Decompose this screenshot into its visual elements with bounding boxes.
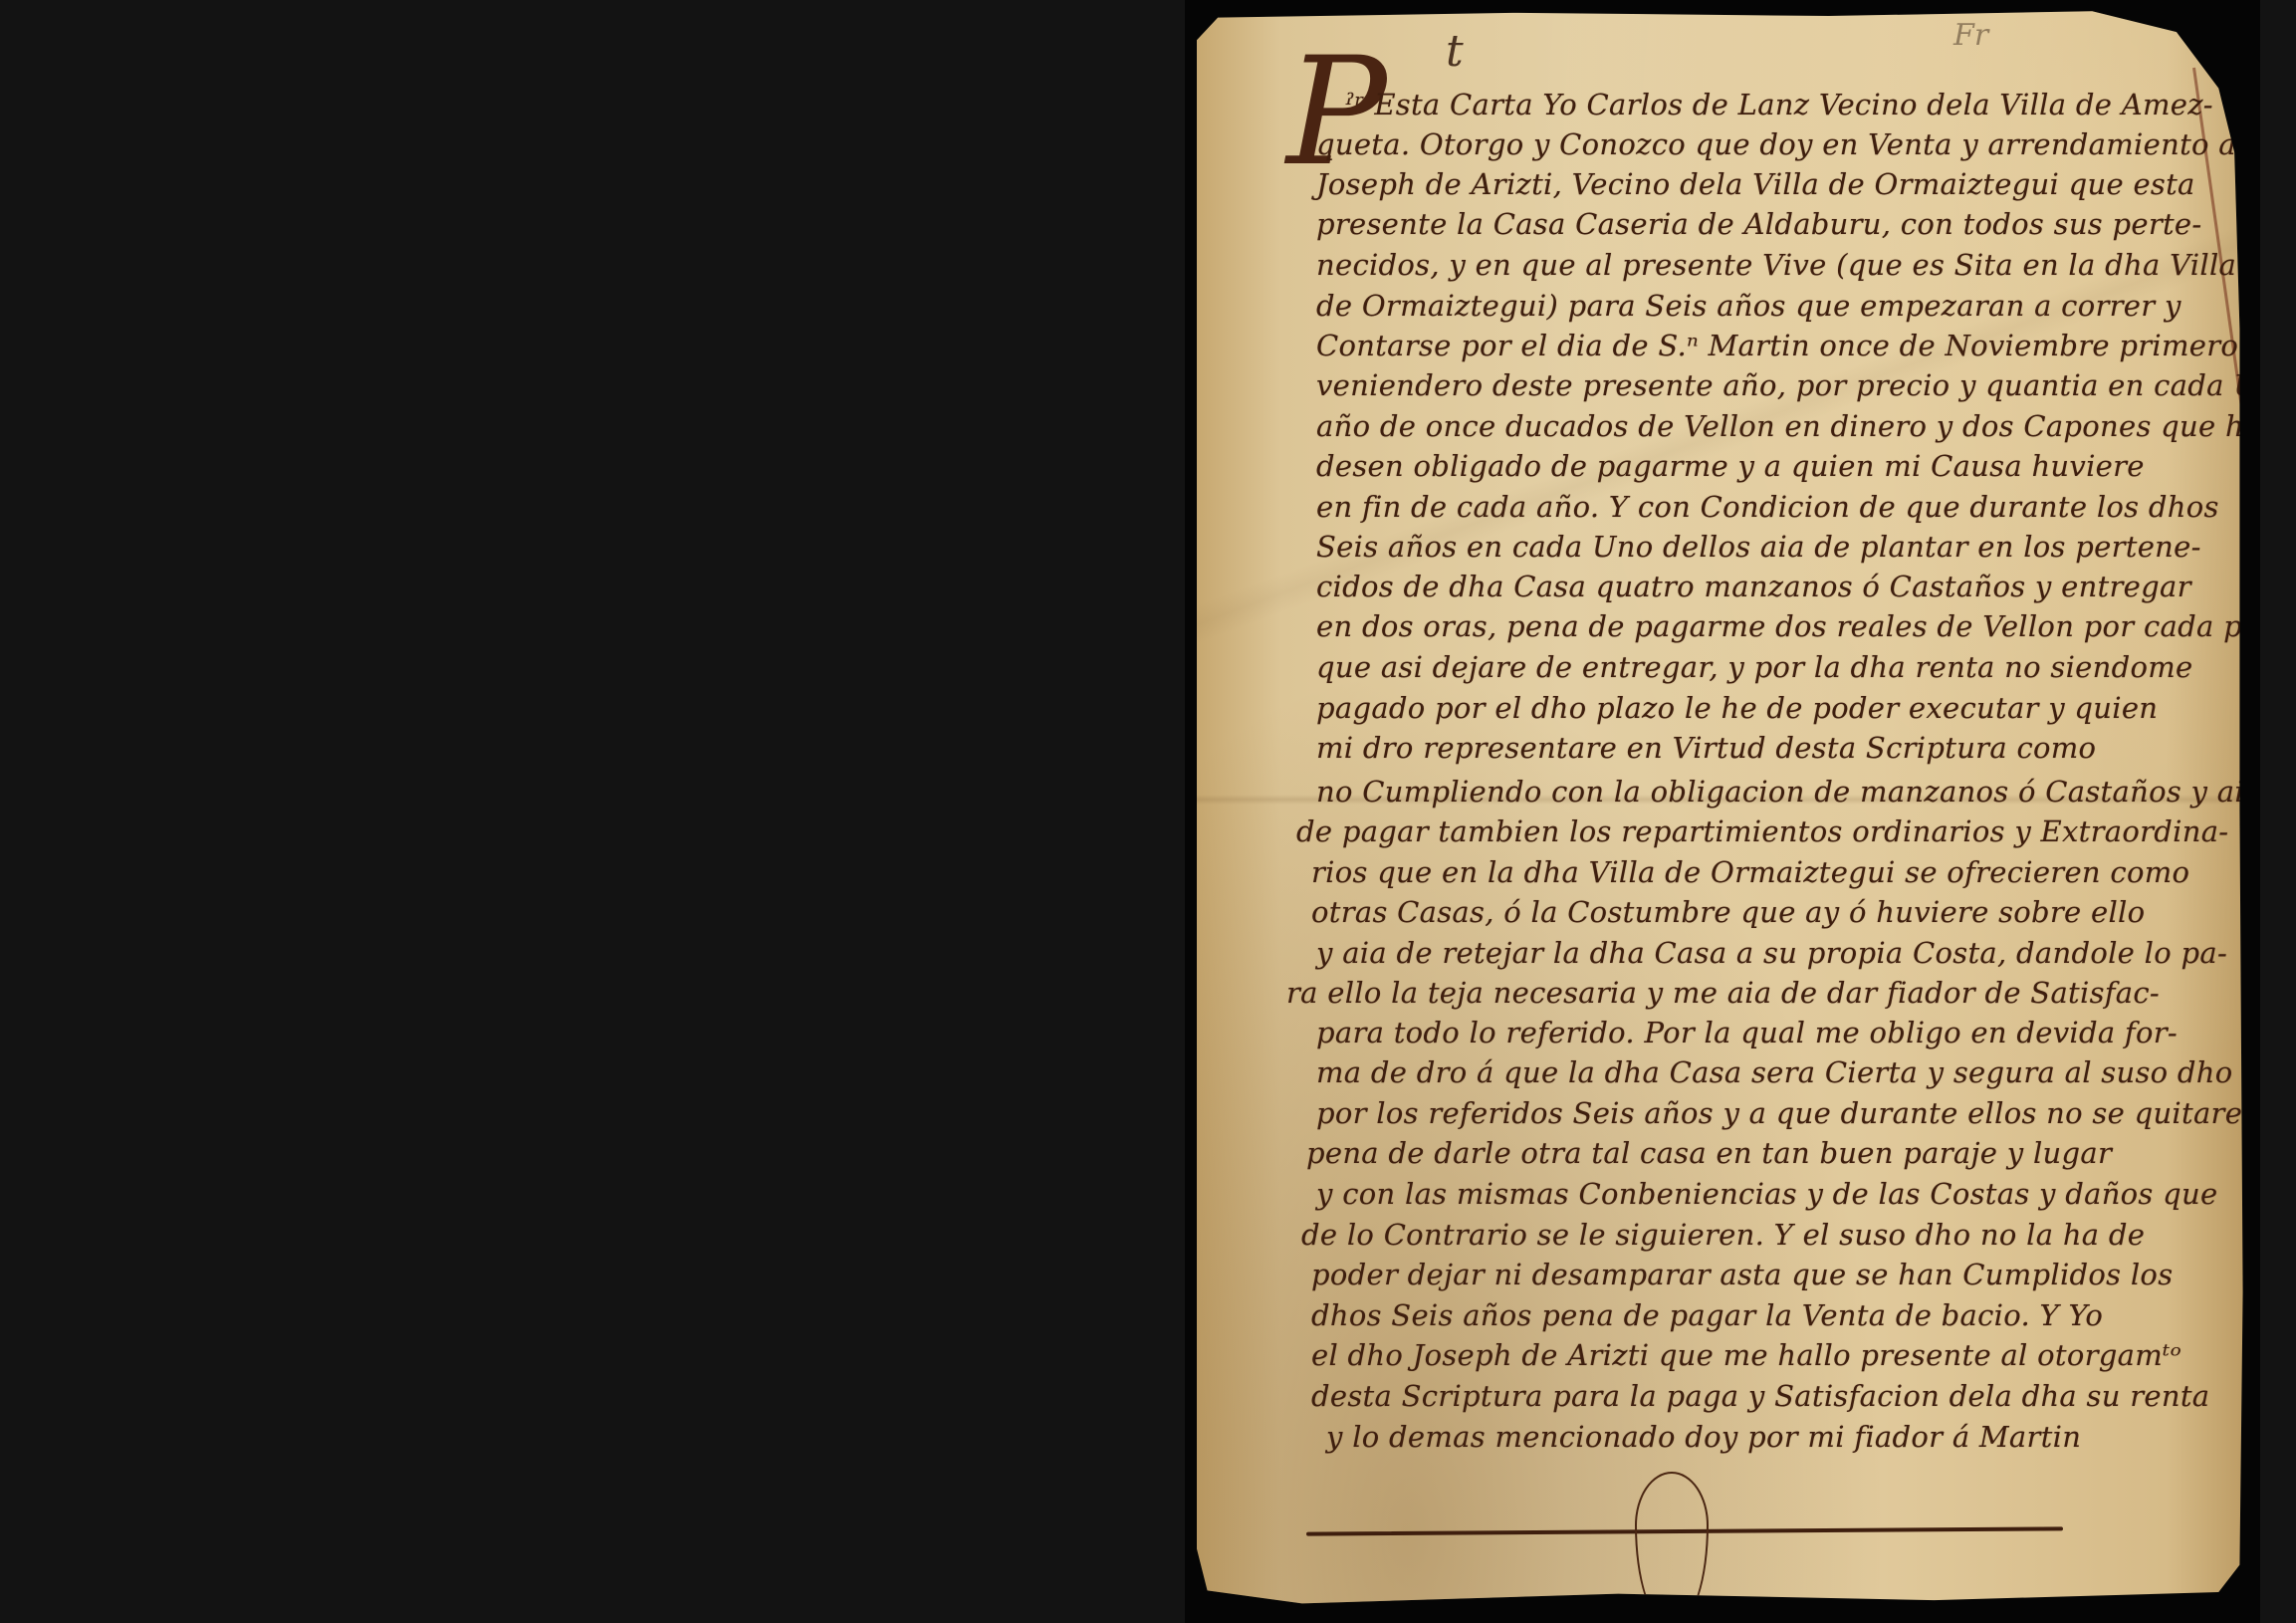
manuscript-line: en fin de cada año. Y con Condicion de q… [1316,490,2219,524]
manuscript-line: Seis años en cada Uno dellos aia de plan… [1316,530,2201,564]
manuscript-line: el dho Joseph de Arizti que me hallo pre… [1311,1338,2181,1372]
manuscript-line: mi dro representare en Virtud desta Scri… [1316,731,2096,765]
manuscript-line: para todo lo referido. Por la qual me ob… [1316,1016,2178,1049]
manuscript-line: Contarse por el dia de S.ⁿ Martin once d… [1316,329,2238,362]
manuscript-line: veniendero deste presente año, por preci… [1316,368,2277,402]
manuscript-line: desta Scriptura para la paga y Satisfaci… [1311,1379,2209,1413]
manuscript-line: desen obligado de pagarme y a quien mi C… [1316,449,2145,483]
manuscript-line: y lo demas mencionado doy por mi fiador … [1326,1420,2081,1454]
manuscript-line: de Ormaiztegui) para Seis años que empez… [1316,289,2181,323]
manuscript-line: de pagar tambien los repartimientos ordi… [1296,814,2228,848]
document-viewer: t Fr P ˀʳ Esta Carta Yo Carlos de Lanz V… [0,0,2296,1623]
manuscript-line: otras Casas, ó la Costumbre que ay ó huv… [1311,895,2145,929]
manuscript-line: presente la Casa Caseria de Aldaburu, co… [1316,207,2202,241]
manuscript-page: t Fr P ˀʳ Esta Carta Yo Carlos de Lanz V… [1197,8,2250,1613]
manuscript-line: dhos Seis años pena de pagar la Venta de… [1311,1298,2103,1332]
manuscript-line: y aia de retejar la dha Casa a su propia… [1316,936,2227,970]
manuscript-line: no Cumpliendo con la obligacion de manza… [1316,775,2261,809]
manuscript-line: rios que en la dha Villa de Ormaiztegui … [1311,855,2189,889]
manuscript-line: que asi dejare de entregar, y por la dha… [1316,650,2193,684]
manuscript-line: cidos de dha Casa quatro manzanos ó Cast… [1316,570,2191,603]
manuscript-line: año de once ducados de Vellon en dinero … [1316,409,2262,443]
manuscript-line: en dos oras, pena de pagarme dos reales … [1316,609,2269,643]
manuscript-line: poder dejar ni desamparar asta que se ha… [1311,1258,2173,1291]
manuscript-line: pena de darle otra tal casa en tan buen … [1306,1136,2112,1170]
manuscript-line: pagado por el dho plazo le he de poder e… [1316,691,2158,725]
manuscript-text: ˀʳ Esta Carta Yo Carlos de Lanz Vecino d… [1197,8,2250,1613]
manuscript-line: queta. Otorgo y Conozco que doy en Venta… [1316,127,2236,161]
manuscript-line: y con las mismas Conbeniencias y de las … [1316,1177,2217,1211]
manuscript-line: ˀʳ Esta Carta Yo Carlos de Lanz Vecino d… [1346,88,2213,121]
manuscript-line: ra ello la teja necesaria y me aia de da… [1286,976,2160,1010]
manuscript-line: de lo Contrario se le siguieren. Y el su… [1301,1218,2145,1252]
manuscript-line: necidos, y en que al presente Vive (que … [1316,248,2236,282]
manuscript-line: ma de dro á que la dha Casa sera Cierta … [1316,1055,2233,1089]
manuscript-line: por los referidos Seis años y a que dura… [1316,1096,2242,1130]
manuscript-line: Joseph de Arizti, Vecino dela Villa de O… [1316,167,2195,201]
